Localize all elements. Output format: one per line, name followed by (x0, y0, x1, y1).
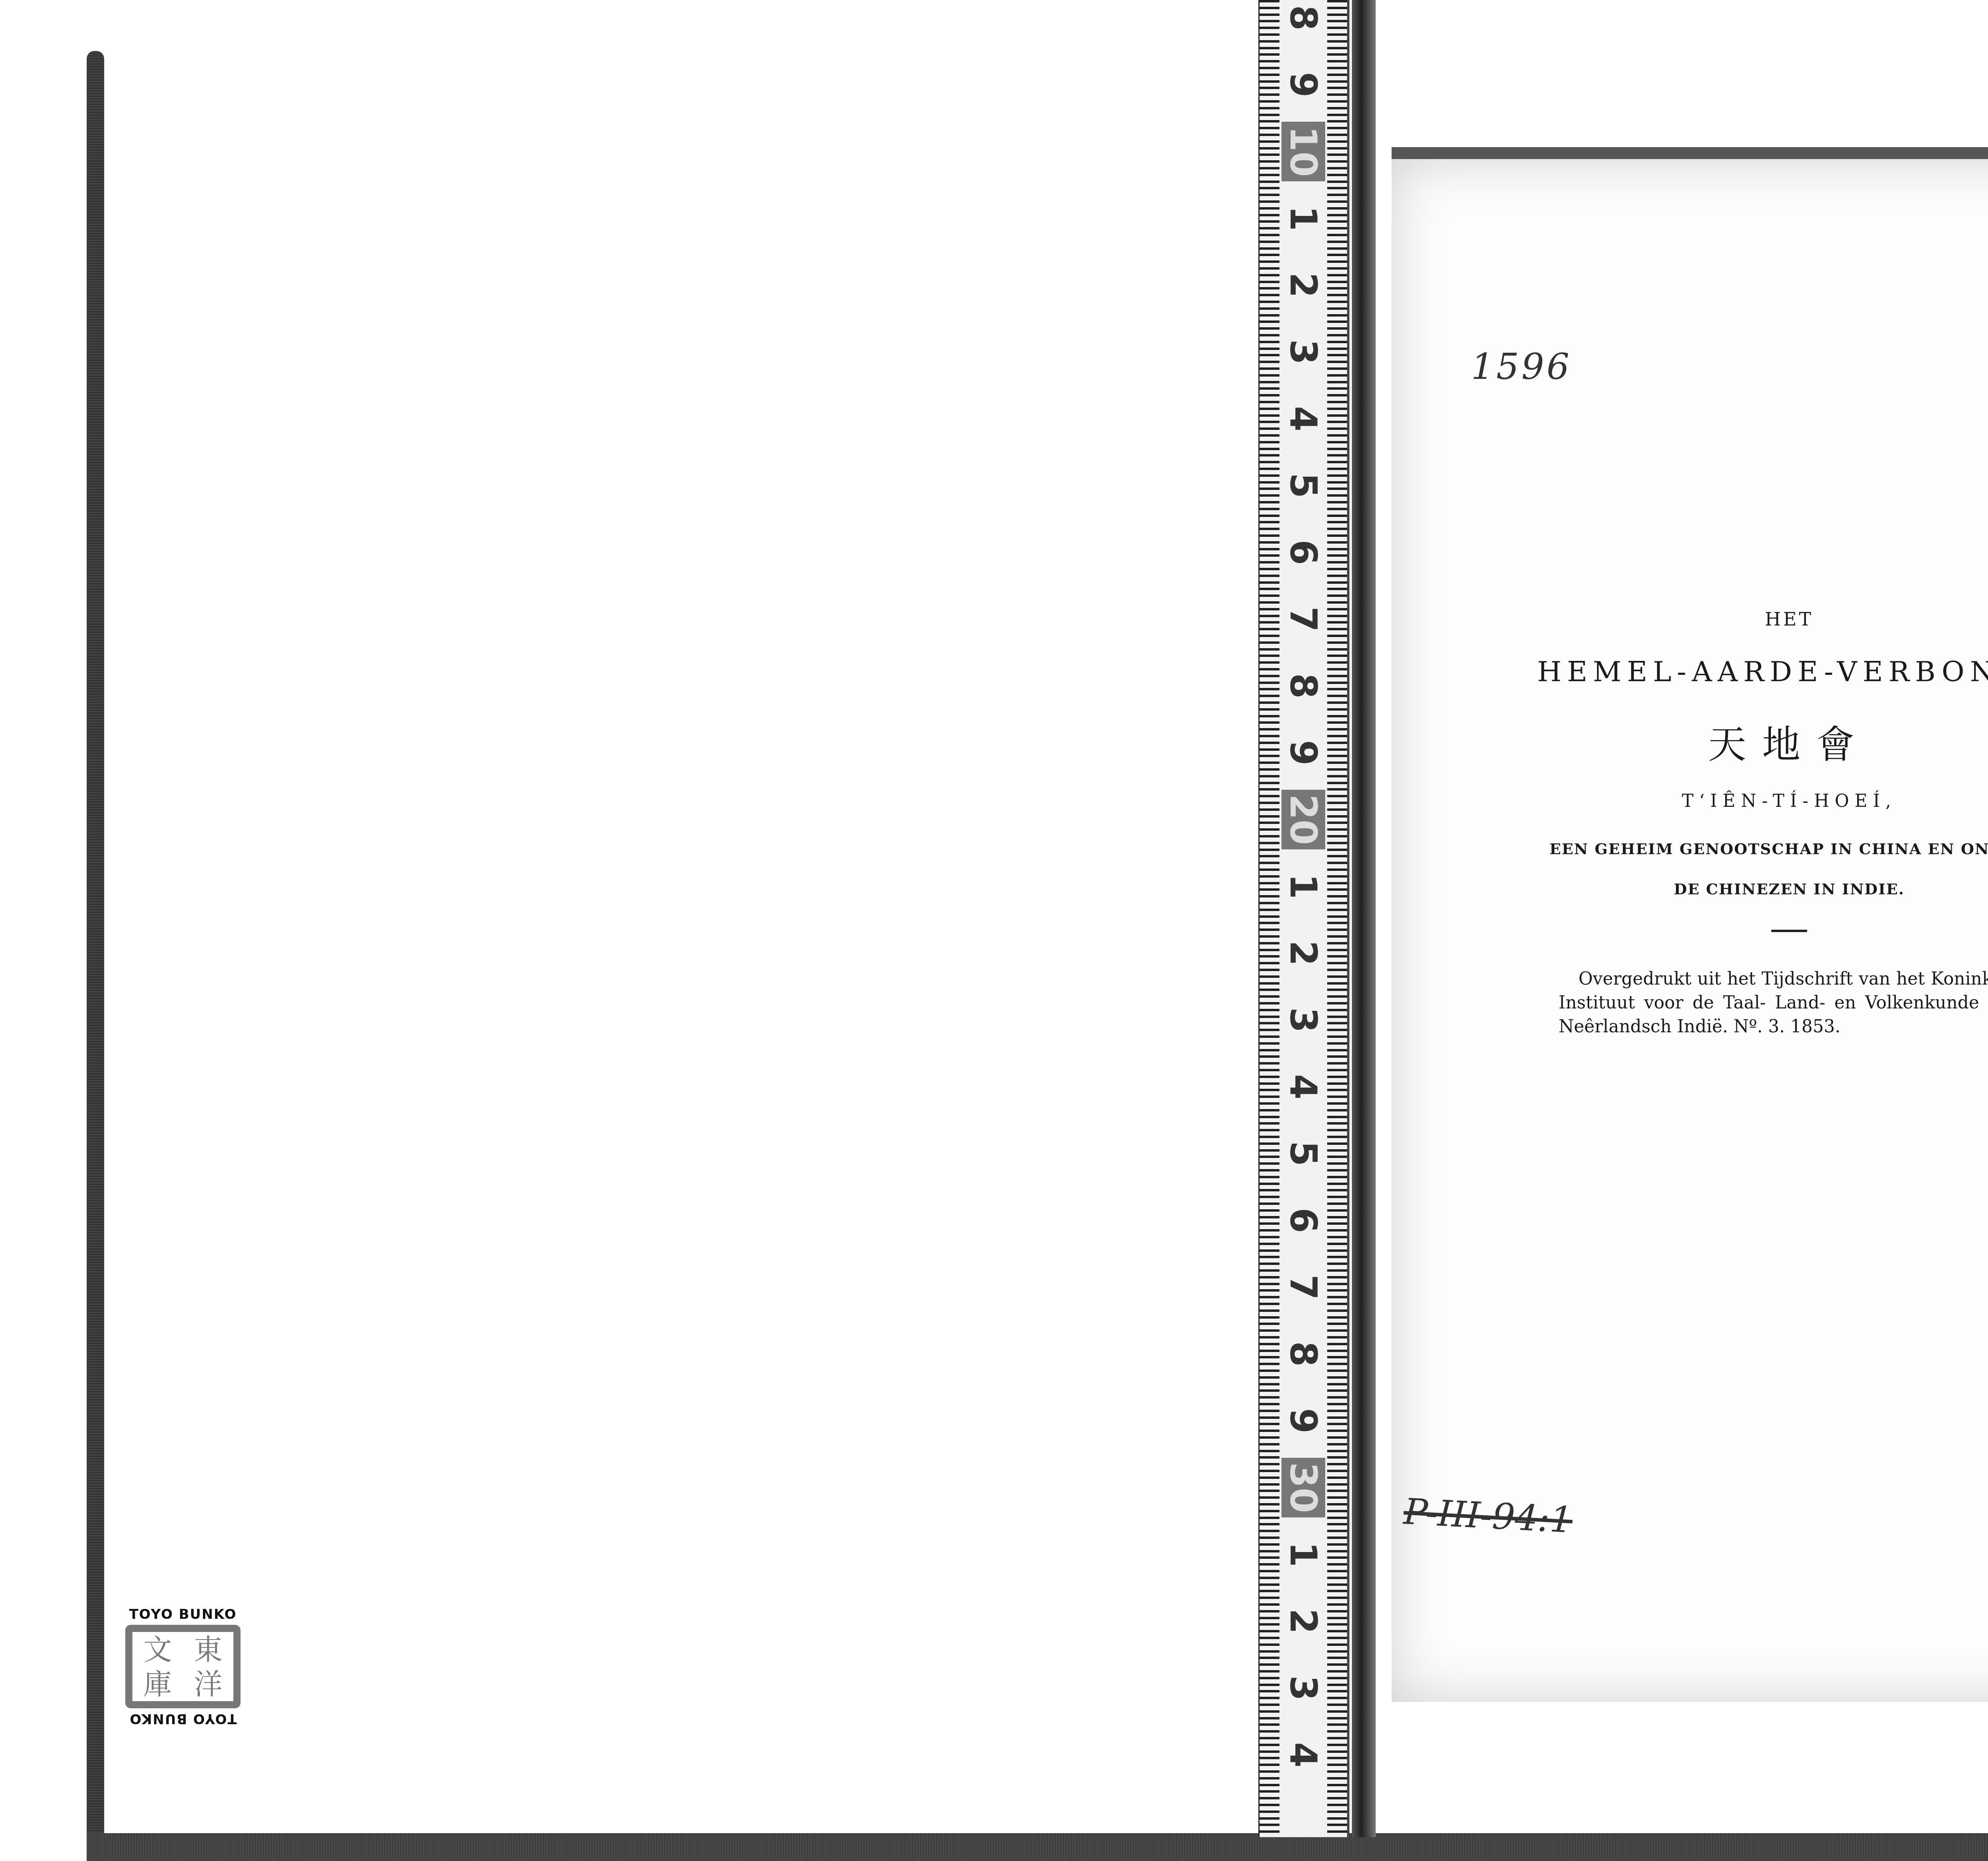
ruler-label: 3 (1281, 1666, 1325, 1710)
seal-char: 洋 (183, 1667, 233, 1701)
ruler-label: 8 (1281, 0, 1325, 40)
handwritten-accession-number: 1596 (1471, 346, 1572, 388)
ruler-label: 5 (1281, 464, 1325, 507)
title-chinese: 天地會 (1519, 714, 1988, 769)
ruler-ticks-left (1260, 0, 1279, 1837)
ruler-label: 2 (1281, 1599, 1325, 1643)
ruler-ticks-right (1327, 0, 1347, 1837)
handwritten-shelf-mark: P-III-94:1 (1403, 1491, 1574, 1541)
ruler-label: 9 (1281, 1399, 1325, 1443)
ruler-label: 20 (1281, 790, 1325, 849)
seal-caption-inverted: TOYO BUNKO (123, 1711, 243, 1727)
book-spine-shadow (1352, 0, 1376, 1837)
ruler-label: 6 (1281, 530, 1325, 574)
ruler-label: 3 (1281, 330, 1325, 374)
seal-char: 文 (132, 1632, 183, 1667)
ruler-label: 1 (1281, 196, 1325, 240)
title-block: HET HEMEL-AARDE-VERBOND, 天地會 T‘IÊN-TÍ-HO… (1519, 608, 1988, 1039)
ruler-label: 9 (1281, 63, 1325, 107)
ruler-label: 2 (1281, 263, 1325, 307)
seal-caption: TOYO BUNKO (123, 1607, 243, 1622)
ruler-label: 5 (1281, 1132, 1325, 1175)
ruler-label: 9 (1281, 731, 1325, 775)
measuring-ruler: 891012345678920123456789301234 (1258, 0, 1349, 1837)
ruler-label: 3 (1281, 998, 1325, 1042)
ruler-label: 7 (1281, 1265, 1325, 1309)
seal-char: 庫 (132, 1667, 183, 1701)
title-pre: HET (1519, 608, 1988, 630)
ruler-label: 6 (1281, 1199, 1325, 1242)
ruler-label: 10 (1281, 122, 1325, 181)
ruler-label: 30 (1281, 1458, 1325, 1517)
subtitle-line-2: DE CHINEZEN IN INDIE. (1519, 880, 1988, 898)
subtitle-line-1: EEN GEHEIM GENOOTSCHAP IN CHINA EN ONDER (1519, 840, 1988, 858)
seal-char: 東 (183, 1632, 233, 1667)
left-page-edge (87, 51, 104, 1861)
reprint-note: Overgedrukt uit het Tijdschrift van het … (1559, 967, 1988, 1039)
title-main: HEMEL-AARDE-VERBOND, (1519, 655, 1988, 688)
ruler-label: 8 (1281, 664, 1325, 708)
toyo-bunko-seal-bottom-left: TOYO BUNKO 文 東 庫 洋 TOYO BUNKO (123, 1607, 243, 1727)
title-romanized: T‘IÊN-TÍ-HOEÍ, (1519, 791, 1988, 811)
ruler-label: 7 (1281, 597, 1325, 641)
seal-icon: 文 東 庫 洋 (125, 1625, 241, 1708)
ruler-label: 4 (1281, 1065, 1325, 1109)
ruler-label: 4 (1281, 1733, 1325, 1777)
ruler-label: 1 (1281, 1533, 1325, 1576)
ruler-label: 8 (1281, 1332, 1325, 1376)
scan-bottom-border (87, 1833, 1988, 1861)
divider-rule (1771, 930, 1807, 932)
ruler-label: 1 (1281, 864, 1325, 908)
ruler-label: 2 (1281, 931, 1325, 975)
ruler-label: 4 (1281, 397, 1325, 441)
